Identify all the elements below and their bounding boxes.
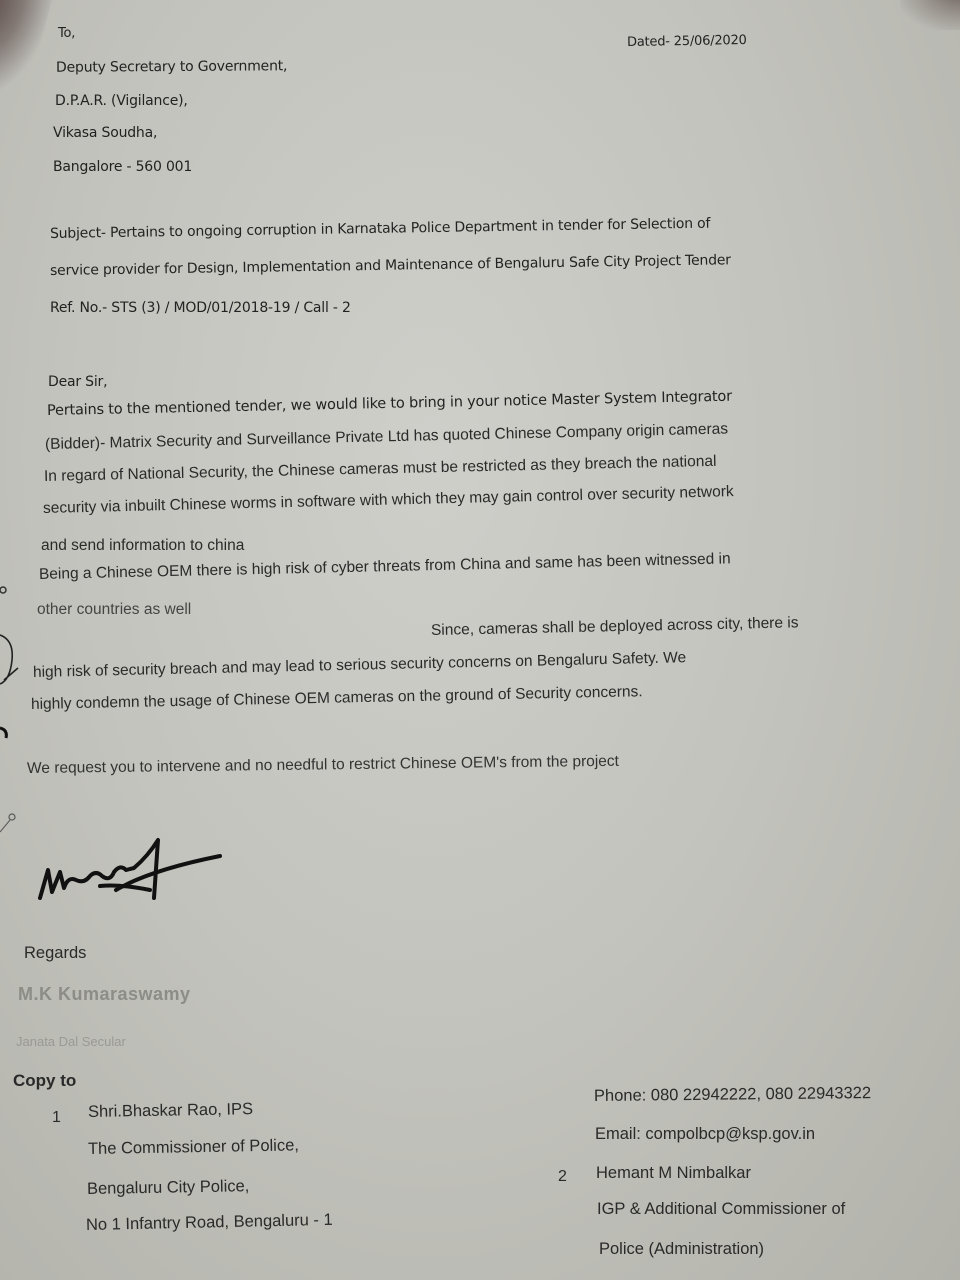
recipient-line-4: Bangalore - 560 001 (53, 159, 192, 175)
signature (30, 820, 230, 900)
closing: Regards (24, 944, 86, 963)
recipient-line-2: D.P.A.R. (Vigilance), (55, 93, 188, 109)
recipient-to: To, (58, 26, 75, 41)
body-line-5: and send information to china (41, 537, 244, 555)
recipient-line-1: Deputy Secretary to Government, (56, 58, 287, 76)
body-line-7: other countries as well (37, 601, 191, 619)
copy-to-label: Copy to (13, 1071, 76, 1091)
copy-2-number: 2 (558, 1168, 567, 1186)
copy-2-line-1: Hemant M Nimbalkar (596, 1164, 751, 1183)
copy-1-number: 1 (52, 1109, 61, 1127)
salutation: Dear Sir, (48, 374, 107, 390)
copy-1-email: Email: compolbcp@ksp.gov.in (595, 1125, 815, 1144)
copy-1-line-2: The Commissioner of Police, (88, 1136, 299, 1159)
signatory-name: M.K Kumaraswamy (18, 984, 191, 1005)
copy-1-phone: Phone: 080 22942222, 080 22943322 (594, 1084, 871, 1106)
copy-2-line-2: IGP & Additional Commissioner of (597, 1200, 845, 1219)
copy-1-line-1: Shri.Bhaskar Rao, IPS (88, 1100, 253, 1122)
photo-shadow-top-right (900, 0, 960, 30)
copy-1-line-3: Bengaluru City Police, (87, 1177, 250, 1199)
copy-2-line-3: Police (Administration) (599, 1240, 764, 1259)
signatory-party: Janata Dal Secular (16, 1034, 126, 1049)
subject-ref: Ref. No.- STS (3) / MOD/01/2018-19 / Cal… (50, 300, 351, 316)
letter-date: Dated- 25/06/2020 (627, 33, 747, 50)
recipient-line-3: Vikasa Soudha, (53, 125, 157, 141)
